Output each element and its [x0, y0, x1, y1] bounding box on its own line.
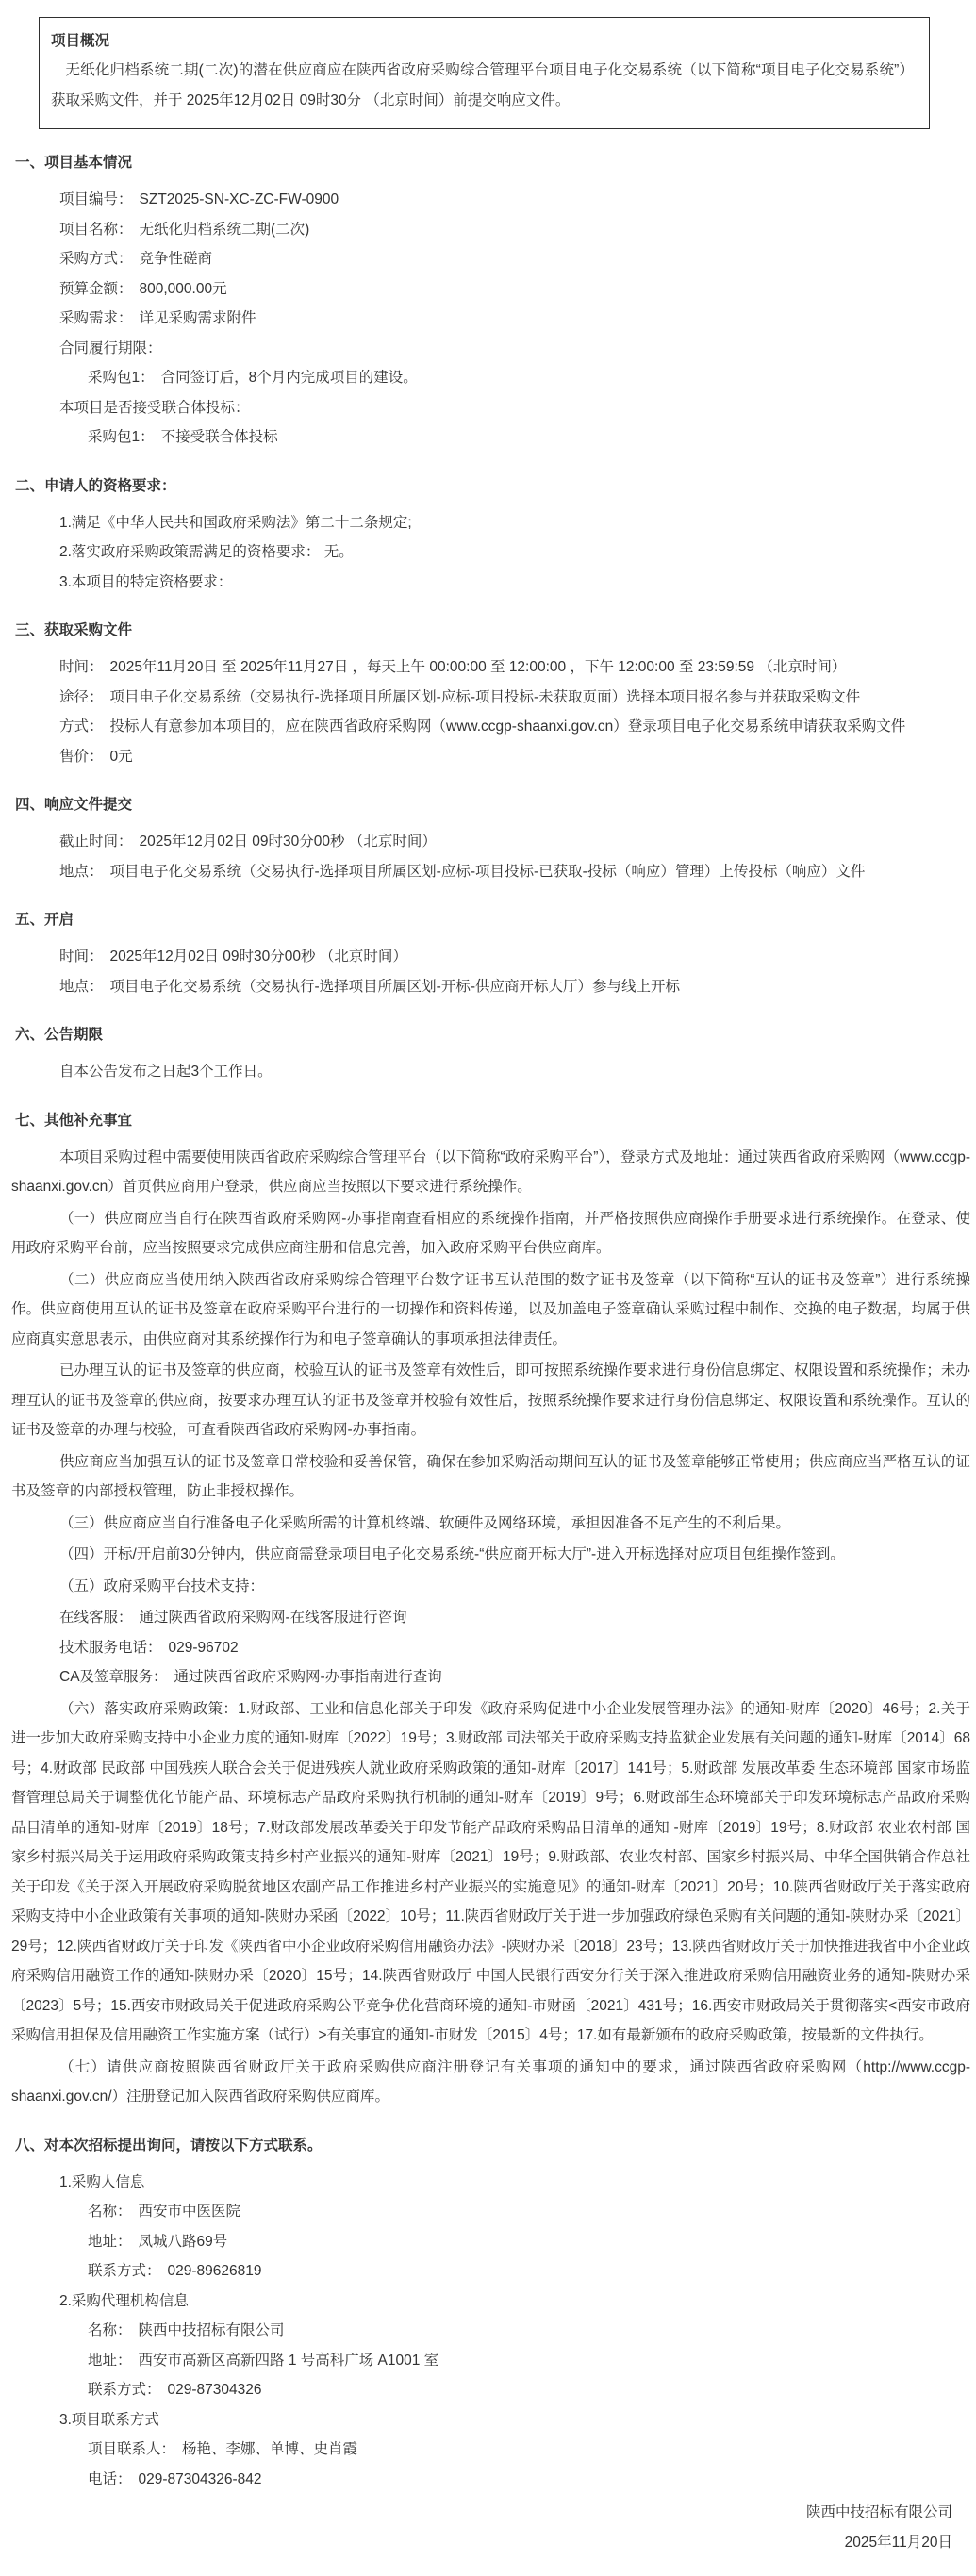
row-submission-place: 地点：项目电子化交易系统（交易执行-选择项目所属区划-应标-项目投标-已获取-投… [59, 857, 970, 887]
supplementary-para-6-policies: （六）落实政府采购政策：1.财政部、工业和信息化部关于印发《政府采购促进中小企业… [11, 1694, 970, 2051]
row-label: 项目联系人： [88, 2441, 175, 2457]
row-label: 项目名称： [59, 222, 133, 238]
row-value: 通过陕西省政府采购网-办事指南进行查询 [174, 1669, 442, 1685]
row-package1-contract-period: 采购包1：合同签订后，8个月内完成项目的建设。 [88, 363, 970, 393]
row-procurement-demand: 采购需求：详见采购需求附件 [59, 304, 970, 334]
row-value: 2025年12月02日 09时30分00秒 （北京时间） [140, 834, 437, 850]
agency-info-title: 2.采购代理机构信息 [59, 2287, 970, 2317]
project-contact-title: 3.项目联系方式 [59, 2405, 970, 2436]
row-value: 合同签订后，8个月内完成项目的建设。 [161, 370, 418, 386]
row-label: CA及签章服务： [59, 1669, 168, 1685]
row-value: 029-89626819 [168, 2263, 262, 2279]
row-opening-time: 时间：2025年12月02日 09时30分00秒 （北京时间） [59, 942, 970, 972]
row-label: 电话： [88, 2471, 132, 2487]
row-label: 方式： [59, 718, 104, 735]
supplementary-para-7-registration: （七）请供应商按照陕西省财政厅关于政府采购供应商注册登记有关事项的通知中的要求，… [11, 2053, 970, 2112]
row-value: 无纸化归档系统二期(二次) [140, 222, 310, 238]
row-value: 详见采购需求附件 [140, 310, 256, 326]
row-agency-name: 名称：陕西中技招标有限公司 [88, 2316, 970, 2346]
row-label: 地点： [59, 979, 104, 995]
supplementary-para-2: （二）供应商应当使用纳入陕西省政府采购综合管理平台数字证书互认范围的数字证书及签… [11, 1265, 970, 1355]
row-label: 项目编号： [59, 191, 133, 207]
row-label: 联系方式： [88, 2263, 161, 2279]
row-label: 名称： [88, 2204, 132, 2220]
section-contact-heading: 八、对本次招标提出询问，请按以下方式联系。 [15, 2131, 970, 2160]
row-label: 采购方式： [59, 251, 133, 267]
row-obtain-time: 时间：2025年11月20日 至 2025年11月27日 ，每天上午 00:00… [59, 652, 970, 683]
row-value: 通过陕西省政府采购网-在线客服进行咨询 [140, 1610, 407, 1626]
supplementary-para-certificates: 已办理互认的证书及签章的供应商，校验互认的证书及签章有效性后，即可按照系统操作要… [11, 1356, 970, 1445]
row-value: 不接受联合体投标 [161, 429, 278, 445]
row-online-service: 在线客服：通过陕西省政府采购网-在线客服进行咨询 [59, 1603, 970, 1633]
procurement-notice-document: 项目概况 无纸化归档系统二期(二次)的潜在供应商应在陕西省政府采购综合管理平台项… [0, 0, 976, 2576]
qualification-item-2: 2.落实政府采购政策需满足的资格要求： 无。 [59, 537, 970, 568]
row-label: 采购需求： [59, 310, 133, 326]
row-label: 地点： [59, 864, 104, 880]
row-agency-address: 地址：西安市高新区高新四路 1 号高科广场 A1001 室 [88, 2346, 970, 2376]
row-label: 地址： [88, 2234, 132, 2250]
row-label: 本项目是否接受联合体投标： [59, 400, 250, 416]
row-purchaser-phone: 联系方式：029-89626819 [88, 2256, 970, 2287]
signature-block: 陕西中技招标有限公司 2025年11月20日 [11, 2498, 952, 2557]
row-value: 2025年11月20日 至 2025年11月27日 ，每天上午 00:00:00… [110, 659, 847, 675]
section-basic-info-heading: 一、项目基本情况 [15, 148, 970, 177]
row-deadline: 截止时间：2025年12月02日 09时30分00秒 （北京时间） [59, 827, 970, 857]
supplementary-para-platform: 本项目采购过程中需要使用陕西省政府采购综合管理平台（以下简称“政府采购平台”），… [11, 1143, 970, 1202]
row-label: 采购包1： [88, 429, 155, 445]
row-label: 途径： [59, 689, 104, 705]
row-label: 截止时间： [59, 834, 133, 850]
section-supplementary-heading: 七、其他补充事宜 [15, 1106, 970, 1135]
row-value: 项目电子化交易系统（交易执行-选择项目所属区划-开标-供应商开标大厅）参与线上开… [110, 979, 681, 995]
row-label: 售价： [59, 749, 104, 765]
row-label: 时间： [59, 949, 104, 965]
row-purchaser-name: 名称：西安市中医医院 [88, 2197, 970, 2227]
row-consortium-bidding: 本项目是否接受联合体投标： [59, 393, 970, 423]
supplementary-para-1: （一）供应商应当自行在陕西省政府采购网-办事指南查看相应的系统操作指南，并严格按… [11, 1204, 970, 1263]
row-value: 杨艳、李娜、单博、史肖霞 [182, 2441, 357, 2457]
supplementary-para-5: （五）政府采购平台技术支持： [11, 1572, 970, 1602]
row-label: 时间： [59, 659, 104, 675]
row-value: 800,000.00元 [140, 281, 227, 297]
row-value: 029-87304326 [168, 2382, 262, 2398]
row-value: 029-87304326-842 [139, 2471, 262, 2487]
row-label: 合同履行期限： [59, 340, 162, 356]
row-value: 竞争性磋商 [140, 251, 213, 267]
row-obtain-method: 方式：投标人有意参加本项目的，应在陕西省政府采购网（www.ccgp-shaan… [59, 712, 970, 742]
supplementary-para-4: （四）开标/开启前30分钟内，供应商需登录项目电子化交易系统-“供应商开标大厅”… [11, 1540, 970, 1570]
supplementary-para-3: （三）供应商应当自行准备电子化采购所需的计算机终端、软硬件及网络环境，承担因准备… [11, 1509, 970, 1539]
row-value: 029-96702 [169, 1640, 239, 1656]
section-obtain-documents-heading: 三、获取采购文件 [15, 616, 970, 645]
section-announcement-period-heading: 六、公告期限 [15, 1020, 970, 1049]
row-value: 2025年12月02日 09时30分00秒 （北京时间） [110, 949, 407, 965]
row-label: 在线客服： [59, 1610, 133, 1626]
signature-date: 2025年11月20日 [11, 2528, 952, 2558]
qualification-item-3: 3.本项目的特定资格要求： [59, 568, 970, 598]
row-project-name: 项目名称：无纸化归档系统二期(二次) [59, 215, 970, 245]
supplementary-para-certificate-care: 供应商应当加强互认的证书及签章日常校验和妥善保管，确保在参加采购活动期间互认的证… [11, 1447, 970, 1507]
row-obtain-channel: 途径：项目电子化交易系统（交易执行-选择项目所属区划-应标-项目投标-未获取页面… [59, 683, 970, 713]
row-opening-place: 地点：项目电子化交易系统（交易执行-选择项目所属区划-开标-供应商开标大厅）参与… [59, 972, 970, 1002]
row-value: 项目电子化交易系统（交易执行-选择项目所属区划-应标-项目投标-未获取页面）选择… [110, 689, 861, 705]
purchaser-info-title: 1.采购人信息 [59, 2168, 970, 2198]
section-opening-heading: 五、开启 [15, 905, 970, 934]
row-ca-service: CA及签章服务：通过陕西省政府采购网-办事指南进行查询 [59, 1662, 970, 1693]
row-value: 西安市高新区高新四路 1 号高科广场 A1001 室 [139, 2353, 439, 2369]
row-contract-period: 合同履行期限： [59, 334, 970, 364]
row-package1-consortium: 采购包1：不接受联合体投标 [88, 422, 970, 453]
row-value: 投标人有意参加本项目的，应在陕西省政府采购网（www.ccgp-shaanxi.… [110, 718, 906, 735]
row-label: 名称： [88, 2322, 132, 2338]
row-project-phone: 电话：029-87304326-842 [88, 2465, 970, 2495]
row-agency-phone: 联系方式：029-87304326 [88, 2375, 970, 2405]
row-label: 预算金额： [59, 281, 133, 297]
row-procurement-method: 采购方式：竞争性磋商 [59, 244, 970, 274]
row-value: 0元 [110, 749, 133, 765]
row-tech-phone: 技术服务电话：029-96702 [59, 1633, 970, 1663]
row-value: 陕西中技招标有限公司 [139, 2322, 285, 2338]
row-label: 地址： [88, 2353, 132, 2369]
row-value: 凤城八路69号 [139, 2234, 228, 2250]
row-purchaser-address: 地址：凤城八路69号 [88, 2227, 970, 2257]
project-overview-box: 项目概况 无纸化归档系统二期(二次)的潜在供应商应在陕西省政府采购综合管理平台项… [39, 17, 930, 129]
overview-body: 无纸化归档系统二期(二次)的潜在供应商应在陕西省政府采购综合管理平台项目电子化交… [51, 56, 914, 115]
row-value: SZT2025-SN-XC-ZC-FW-0900 [140, 191, 339, 207]
row-value: 项目电子化交易系统（交易执行-选择项目所属区划-应标-项目投标-已获取-投标（响… [110, 864, 866, 880]
row-label: 联系方式： [88, 2382, 161, 2398]
row-price: 售价：0元 [59, 742, 970, 772]
row-label: 采购包1： [88, 370, 155, 386]
qualification-item-1: 1.满足《中华人民共和国政府采购法》第二十二条规定; [59, 508, 970, 538]
overview-title: 项目概况 [51, 26, 914, 56]
announcement-period-text: 自本公告发布之日起3个工作日。 [59, 1057, 970, 1087]
row-value: 西安市中医医院 [139, 2204, 241, 2220]
row-project-contacts: 项目联系人：杨艳、李娜、单博、史肖霞 [88, 2435, 970, 2465]
section-qualification-heading: 二、申请人的资格要求： [15, 471, 970, 501]
row-budget-amount: 预算金额：800,000.00元 [59, 274, 970, 305]
row-project-number: 项目编号：SZT2025-SN-XC-ZC-FW-0900 [59, 185, 970, 215]
section-response-submission-heading: 四、响应文件提交 [15, 790, 970, 819]
signature-company: 陕西中技招标有限公司 [11, 2498, 952, 2528]
row-label: 技术服务电话： [59, 1640, 162, 1656]
